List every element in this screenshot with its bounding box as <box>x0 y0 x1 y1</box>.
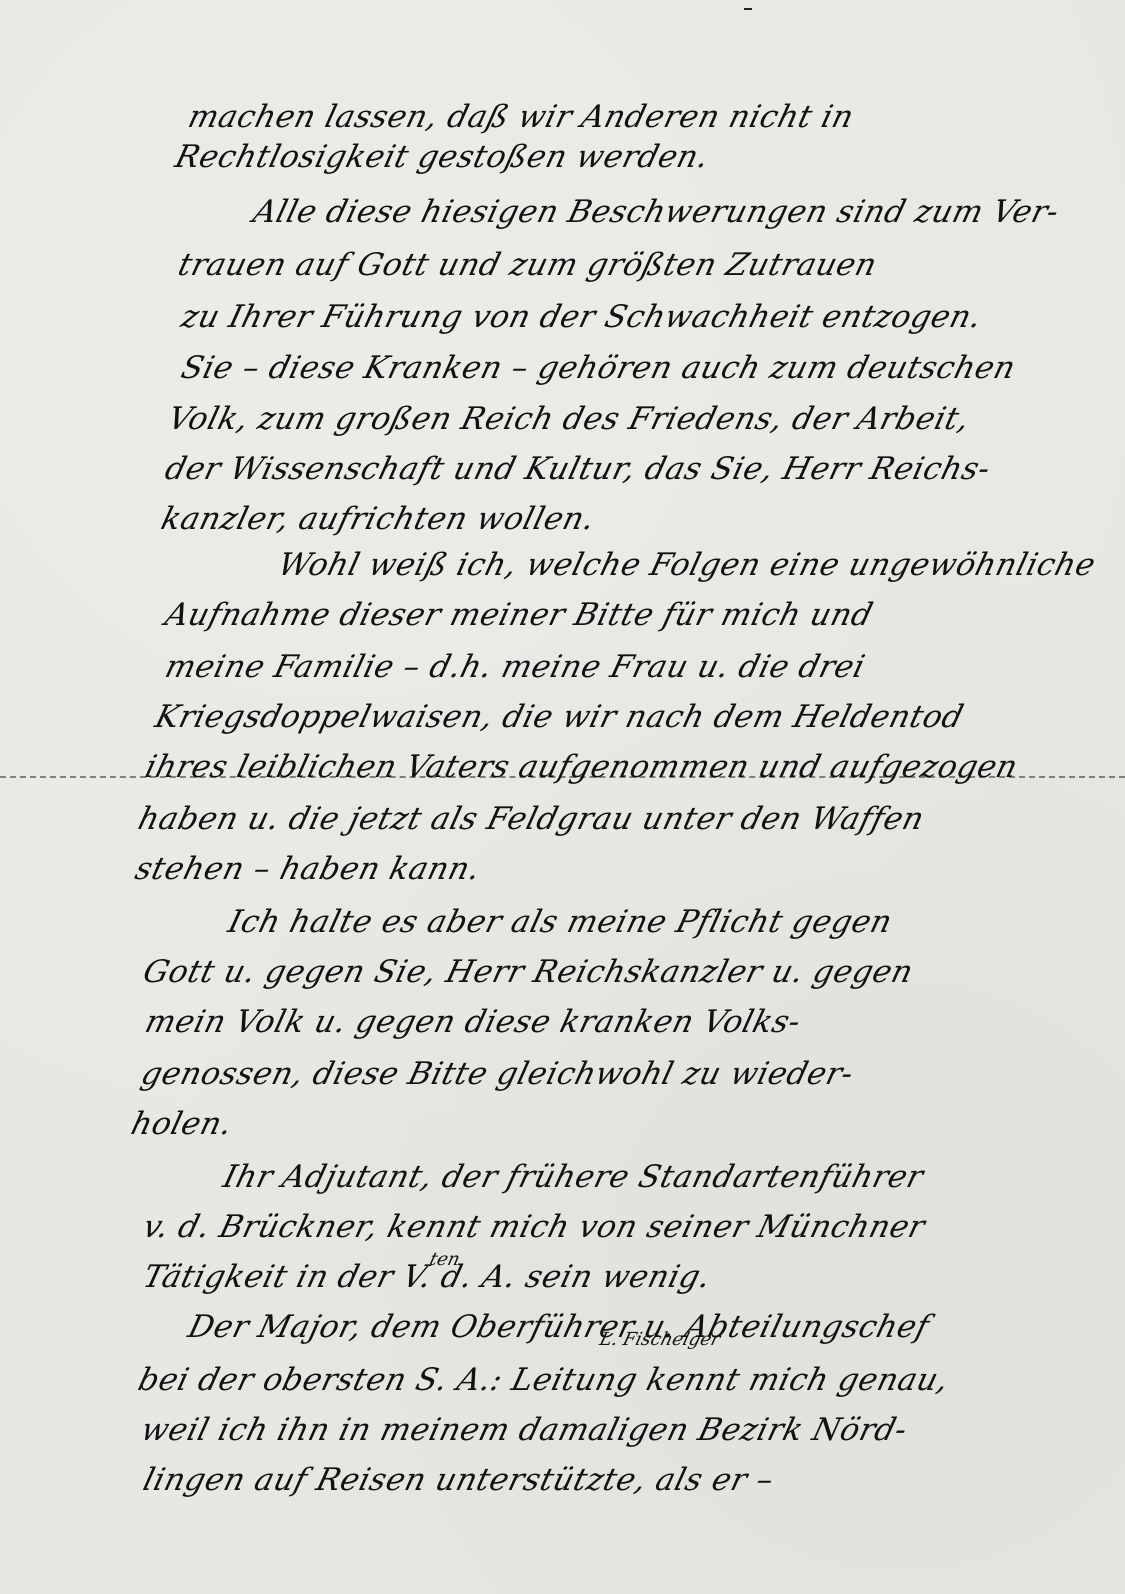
handwritten-line: lingen auf Reisen unterstützte, als er – <box>140 1465 777 1496</box>
handwritten-line: Ihr Adjutant, der frühere Standartenführ… <box>220 1162 926 1193</box>
handwritten-line: holen. <box>128 1109 235 1140</box>
handwritten-line: mein Volk u. gegen diese kranken Volks- <box>142 1007 804 1038</box>
handwritten-line: Ich halte es aber als meine Pflicht gege… <box>225 907 895 938</box>
handwritten-line: Kriegsdoppelwaisen, die wir nach dem Hel… <box>152 702 967 733</box>
handwritten-line: machen lassen, daß wir Anderen nicht in <box>185 102 857 133</box>
handwritten-line: Rechtlosigkeit gestoßen werden. <box>172 142 712 173</box>
handwritten-line: Volk, zum großen Reich des Friedens, der… <box>165 404 973 435</box>
handwritten-line: haben u. die jetzt als Feldgrau unter de… <box>135 804 927 835</box>
interlinear-insert: L. Fischelger <box>597 1329 722 1350</box>
handwritten-line: genossen, diese Bitte gleichwohl zu wied… <box>138 1059 857 1090</box>
handwritten-line: v. d. Brückner, kennt mich von seiner Mü… <box>140 1212 928 1243</box>
handwritten-line: Tätigkeit in der V. d. A. sein wenig. <box>140 1262 714 1293</box>
handwritten-line: stehen – haben kann. <box>132 854 483 885</box>
handwritten-line: ihres leiblichen Vaters aufgenommen und … <box>142 752 1021 783</box>
manuscript-page: machen lassen, daß wir Anderen nicht inR… <box>0 0 1125 1594</box>
handwritten-line: bei der obersten S. A.: Leitung kennt mi… <box>135 1365 952 1396</box>
handwritten-line: Wohl weiß ich, welche Folgen eine ungewö… <box>275 550 1099 581</box>
handwritten-line: kanzler, aufrichten wollen. <box>158 504 598 535</box>
page-mark <box>744 8 752 10</box>
handwritten-line: Alle diese hiesigen Beschwerungen sind z… <box>250 197 1062 228</box>
handwritten-line: Aufnahme dieser meiner Bitte für mich un… <box>162 600 876 631</box>
handwritten-line: Sie – diese Kranken – gehören auch zum d… <box>178 353 1019 384</box>
handwritten-line: trauen auf Gott und zum größten Zutrauen <box>175 250 880 281</box>
handwritten-line: zu Ihrer Führung von der Schwachheit ent… <box>178 302 985 333</box>
handwritten-line: meine Familie – d.h. meine Frau u. die d… <box>162 652 868 683</box>
handwritten-line: der Wissenschaft und Kultur, das Sie, He… <box>162 454 993 485</box>
handwritten-line: Der Major, dem Oberführer u. Abteilungsc… <box>185 1312 932 1343</box>
handwritten-line: Gott u. gegen Sie, Herr Reichskanzler u.… <box>140 957 916 988</box>
handwritten-line: weil ich ihn in meinem damaligen Bezirk … <box>138 1415 910 1446</box>
interlinear-insert: ten <box>427 1249 462 1270</box>
